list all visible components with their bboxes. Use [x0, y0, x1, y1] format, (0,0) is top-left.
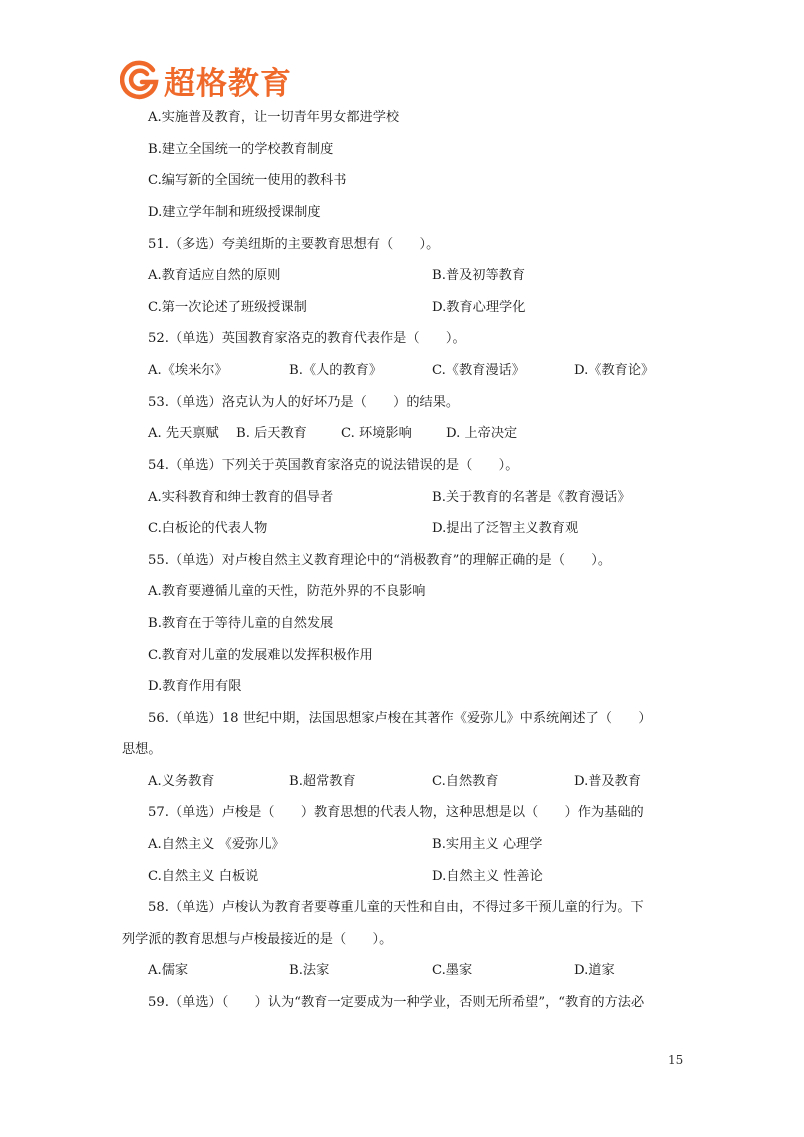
- option: D.普及教育: [574, 773, 641, 791]
- option: C.白板论的代表人物: [148, 520, 267, 538]
- question-stem: 56.（单选）18 世纪中期，法国思想家卢梭在其著作《爱弥儿》中系统阐述了（ ）: [148, 710, 652, 728]
- option: C.自然主义 白板说: [148, 868, 258, 886]
- option: C. 环境影响: [341, 425, 412, 443]
- option: C.编写新的全国统一使用的教科书: [148, 172, 346, 190]
- option: B.关于教育的名著是《教育漫话》: [432, 489, 631, 507]
- question-stem: 52.（单选）英国教育家洛克的教育代表作是（ ）。: [148, 330, 466, 348]
- option: D.教育作用有限: [148, 678, 241, 696]
- option: D.道家: [574, 962, 615, 980]
- question-stem-continued: 思想。: [122, 741, 162, 759]
- option: B.实用主义 心理学: [432, 836, 542, 854]
- question-stem: 55.（单选）对卢梭自然主义教育理论中的“消极教育”的理解正确的是（ ）。: [148, 552, 611, 570]
- option: C.《教育漫话》: [432, 362, 525, 380]
- option: C.教育对儿童的发展难以发挥积极作用: [148, 647, 373, 665]
- question-stem-continued: 列学派的教育思想与卢梭最接近的是（ ）。: [122, 931, 392, 949]
- option: A.教育要遵循儿童的天性，防范外界的不良影响: [148, 583, 425, 601]
- option: B.普及初等教育: [432, 267, 525, 285]
- option: C.第一次论述了班级授课制: [148, 299, 307, 317]
- question-stem: 53.（单选）洛克认为人的好坏乃是（ ）的结果。: [148, 394, 459, 412]
- question-stem: 59.（单选）（ ）认为“教育一定要成为一种学业，否则无所希望”，“教育的方法必: [148, 994, 644, 1012]
- option: A.实科教育和绅士教育的倡导者: [148, 489, 333, 507]
- option: A.自然主义 《爱弥儿》: [148, 836, 285, 854]
- option: B.超常教育: [289, 773, 356, 791]
- logo-g-icon: [120, 60, 160, 100]
- option: C.墨家: [432, 962, 472, 980]
- option: A.义务教育: [148, 773, 214, 791]
- page-number: 15: [668, 1053, 683, 1067]
- option: D.建立学年制和班级授课制度: [148, 204, 321, 222]
- option: D.提出了泛智主义教育观: [432, 520, 578, 538]
- option: D.《教育论》: [574, 362, 654, 380]
- option: B. 后天教育: [236, 425, 307, 443]
- option: B.教育在于等待儿童的自然发展: [148, 615, 333, 633]
- option: C.自然教育: [432, 773, 499, 791]
- option: D.教育心理学化: [432, 299, 525, 317]
- option: D. 上帝决定: [446, 425, 517, 443]
- option: B.法家: [289, 962, 329, 980]
- option: B.建立全国统一的学校教育制度: [148, 141, 333, 159]
- option: A.教育适应自然的原则: [148, 267, 280, 285]
- question-stem: 58.（单选）卢梭认为教育者要尊重儿童的天性和自由，不得过多干预儿童的行为。下: [148, 899, 644, 917]
- question-stem: 57.（单选）卢梭是（ ）教育思想的代表人物，这种思想是以（ ）作为基础的: [148, 804, 644, 822]
- option: A. 先天禀赋: [148, 425, 219, 443]
- question-stem: 51.（多选）夸美纽斯的主要教育思想有（ ）。: [148, 236, 439, 254]
- question-stem: 54.（单选）下列关于英国教育家洛克的说法错误的是（ ）。: [148, 457, 518, 475]
- brand-logo: 超格教育: [120, 59, 292, 101]
- option: A.儒家: [148, 962, 188, 980]
- logo-text: 超格教育: [164, 58, 292, 103]
- option: A.实施普及教育，让一切青年男女都进学校: [148, 109, 399, 127]
- option: A.《埃米尔》: [148, 362, 228, 380]
- option: B.《人的教育》: [289, 362, 382, 380]
- option: D.自然主义 性善论: [432, 868, 543, 886]
